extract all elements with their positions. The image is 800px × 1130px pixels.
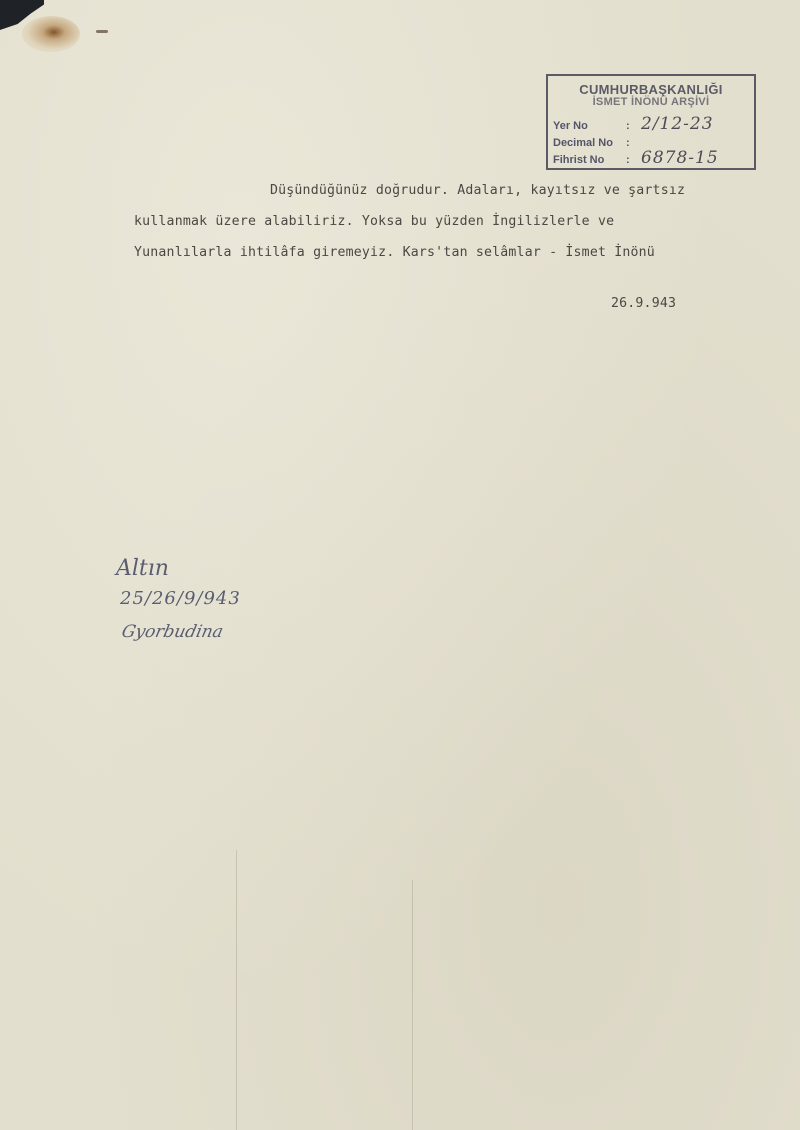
archive-stamp: CUMHURBAŞKANLIĞI İSMET İNÖNÜ ARŞİVİ Yer … xyxy=(546,74,756,170)
stamp-subtitle: İSMET İNÖNÜ ARŞİVİ xyxy=(548,96,754,108)
stamp-field-label: Fihrist No xyxy=(553,154,604,166)
rust-stain xyxy=(22,16,80,52)
stamp-field-yer-no: Yer No : 2/12-23 xyxy=(553,120,588,132)
body-line: kullanmak üzere alabiliriz. Yoksa bu yüz… xyxy=(134,214,614,229)
ink-speck xyxy=(96,30,108,33)
stamp-field-decimal-no: Decimal No : xyxy=(553,137,613,149)
stamp-field-value: 6878-15 xyxy=(641,148,719,168)
handwritten-note-line: Altın xyxy=(116,556,169,581)
document-date: 26.9.943 xyxy=(611,296,676,311)
body-line: Yunanlılarla ihtilâfa giremeyiz. Kars'ta… xyxy=(134,245,655,260)
stamp-field-separator: : xyxy=(626,154,630,166)
stamp-field-separator: : xyxy=(626,137,630,149)
body-line: Düşündüğünüz doğrudur. Adaları, kayıtsız… xyxy=(270,183,685,198)
paper-crease xyxy=(236,850,237,1130)
handwritten-note-date: 25/26/9/943 xyxy=(120,588,241,609)
stamp-field-value: 2/12-23 xyxy=(641,114,714,134)
stamp-field-fihrist-no: Fihrist No : 6878-15 xyxy=(553,154,604,166)
stamp-field-separator: : xyxy=(626,120,630,132)
stamp-field-label: Yer No xyxy=(553,120,588,132)
paper-crease xyxy=(412,880,413,1130)
handwritten-signature: Gyorbudina xyxy=(120,622,225,642)
stamp-field-label: Decimal No xyxy=(553,137,613,149)
stamp-title: CUMHURBAŞKANLIĞI xyxy=(548,82,754,97)
